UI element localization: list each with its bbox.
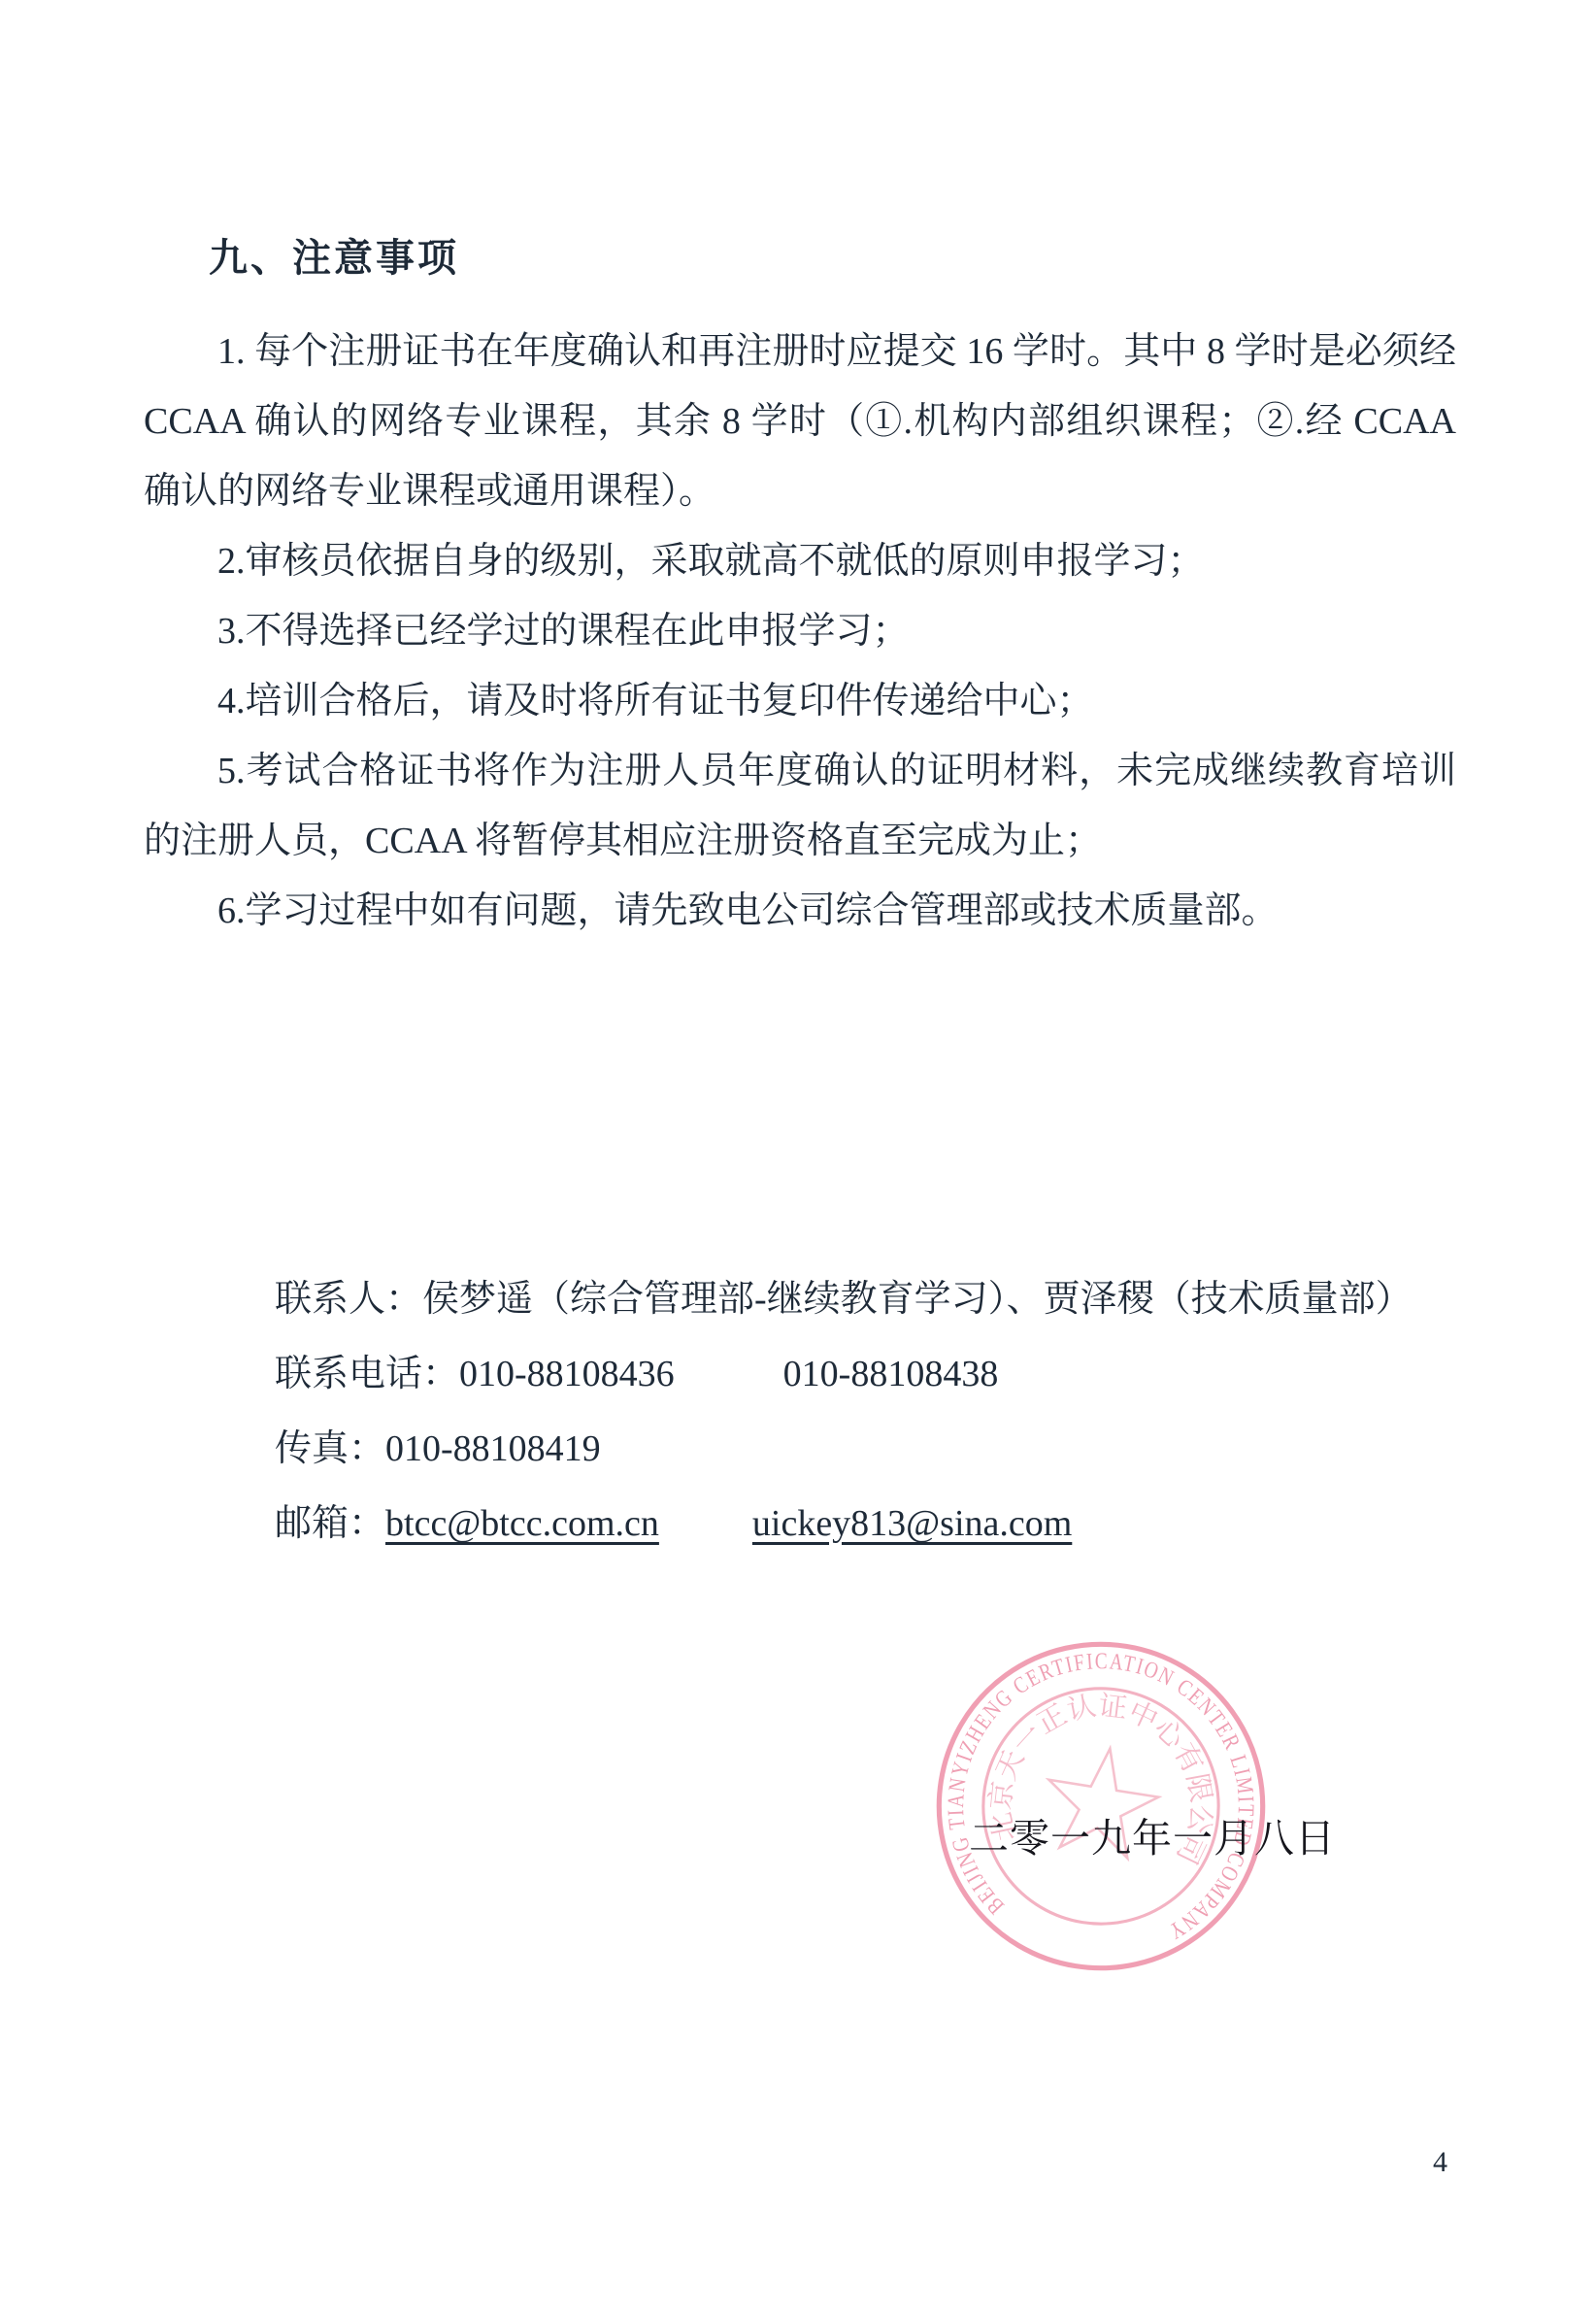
contact-phone-row: 联系电话：010-88108436010-88108438 xyxy=(275,1337,1413,1412)
contact-person-value: 侯梦遥（综合管理部-继续教育学习）、贾泽稷（技术质量部） xyxy=(422,1279,1413,1320)
contact-fax-value: 010-88108419 xyxy=(385,1428,601,1469)
contact-email-label: 邮箱： xyxy=(275,1503,385,1544)
note-item: 5.考试合格证书将作为注册人员年度确认的证明材料，未完成继续教育培训的注册人员，… xyxy=(144,736,1456,876)
contact-fax-label: 传真： xyxy=(275,1428,385,1469)
contact-person-row: 联系人：侯梦遥（综合管理部-继续教育学习）、贾泽稷（技术质量部） xyxy=(275,1262,1413,1337)
email-link-btcc[interactable]: btcc@btcc.com.cn xyxy=(385,1503,659,1544)
notes-list: 1. 每个注册证书在年度确认和再注册时应提交 16 学时。其中 8 学时是必须经… xyxy=(144,317,1456,946)
contact-phone-2: 010-88108438 xyxy=(783,1354,999,1394)
note-item: 1. 每个注册证书在年度确认和再注册时应提交 16 学时。其中 8 学时是必须经… xyxy=(144,317,1456,526)
note-item: 2.审核员依据自身的级别，采取就高不就低的原则申报学习； xyxy=(144,526,1456,596)
contact-phone-label: 联系电话： xyxy=(275,1354,459,1394)
contact-fax-row: 传真：010-88108419 xyxy=(275,1412,1413,1487)
issue-date: 二零一九年一月八日 xyxy=(969,1806,1336,1863)
email-link-sina[interactable]: uickey813@sina.com xyxy=(752,1503,1072,1544)
document-page: 九、注意事项 1. 每个注册证书在年度确认和再注册时应提交 16 学时。其中 8… xyxy=(0,0,1596,2315)
note-item: 4.培训合格后，请及时将所有证书复印件传递给中心； xyxy=(144,666,1456,736)
contact-email-row: 邮箱：btcc@btcc.com.cnuickey813@sina.com xyxy=(275,1487,1413,1561)
contact-phone-1: 010-88108436 xyxy=(459,1354,675,1394)
section-heading: 九、注意事项 xyxy=(209,227,459,283)
page-number: 4 xyxy=(1433,2146,1447,2179)
note-item: 3.不得选择已经学过的课程在此申报学习； xyxy=(144,596,1456,666)
note-item: 6.学习过程中如有问题，请先致电公司综合管理部或技术质量部。 xyxy=(144,876,1456,946)
contact-person-label: 联系人： xyxy=(275,1279,422,1320)
contact-block: 联系人：侯梦遥（综合管理部-继续教育学习）、贾泽稷（技术质量部） 联系电话：01… xyxy=(275,1262,1413,1561)
